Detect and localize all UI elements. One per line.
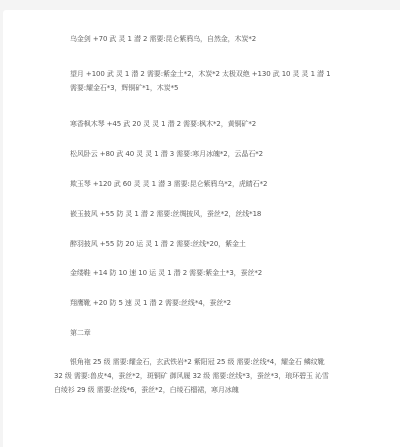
item-xiangying-boots: 翔鹰靴 +20 防 5 速 灵 1 潜 2 需要:丝线*4，蚕丝*2 xyxy=(70,296,370,310)
chapter-body-line1: 银角袍 25 级 需要:耀金石，玄武铁岩*2 紫阳冠 25 级 需要:丝线*4，… xyxy=(70,355,325,369)
item-qiyu-qin: 欺玉琴 +120 武 60 灵 灵 1 潜 3 需要:昆仑紫鸦乌*2，虎睛石*2 xyxy=(70,177,370,191)
item-wangyue-line2: 需要:耀金石*3，辉铜矿*1，木炭*5 xyxy=(70,81,370,95)
item-songfeng-woyun: 松风卧云 +80 武 40 灵 灵 1 潜 3 需要:寒月冰魄*2，云晶石*2 xyxy=(70,147,370,161)
item-wujin-sword: 乌金剑 +70 武 灵 1 潜 2 需要:昆仑紫鸦乌，自然金，木炭*2 xyxy=(70,32,370,46)
item-hanxiang-qin: 寒香枫木琴 +45 武 20 灵 灵 1 潜 2 需要:枫木*2，黄铜矿*2 xyxy=(70,117,370,131)
chapter-heading: 第二章 xyxy=(70,326,370,340)
item-qianyu-cape: 嵌玉披风 +55 防 灵 1 潜 2 需要:丝绸披风，蚕丝*2，丝线*18 xyxy=(70,207,370,221)
chapter-body-line3: 白绫衫 29 级 需要:丝线*6，蚕丝*2，白绫石榴裙，寒月冰魄 xyxy=(54,383,239,397)
item-zuiyu-cape: 醉羽披风 +55 防 20 运 灵 1 潜 2 需要:丝线*20，紫金土 xyxy=(70,237,370,251)
chapter-body-line2: 32 级 需要:兽皮*4，蚕丝*2，斑铜矿 御风履 32 级 需要:丝线*3，蚕… xyxy=(54,369,329,383)
item-jinlv-shoes: 金缕鞋 +14 防 10 速 10 运 灵 1 潜 2 需要:紫金土*3，蚕丝*… xyxy=(70,266,370,280)
document-page: 乌金剑 +70 武 灵 1 潜 2 需要:昆仑紫鸦乌，自然金，木炭*2 望月 +… xyxy=(3,10,400,447)
item-wangyue-line1: 望月 +100 武 灵 1 潜 2 需要:紫金土*2，木炭*2 太极双绝 +13… xyxy=(70,67,370,81)
